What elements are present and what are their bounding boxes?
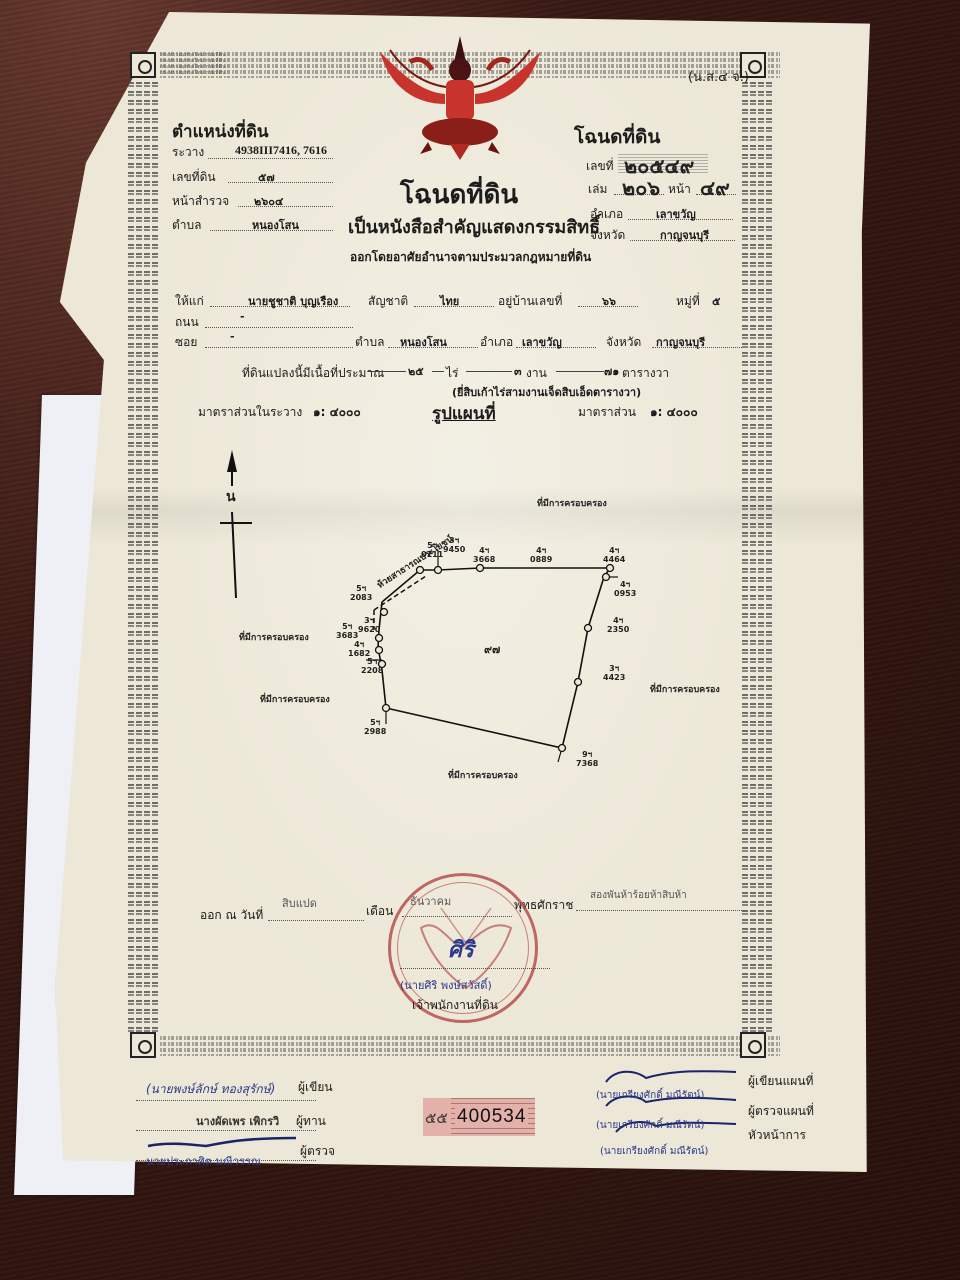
area-rai-value: ๒๕	[408, 362, 424, 380]
signatory-writer-name: (นายพงษ์ลักษ์ ทองสุรักษ์)	[146, 1080, 275, 1099]
house-no-value: ๖๖	[602, 292, 616, 310]
adjacent-land-east: ที่มีการครอบครอง	[650, 682, 720, 696]
adjacent-land-north: ที่มีการครอบครอง	[537, 496, 607, 510]
location-heading: ตำแหน่งที่ดิน	[172, 118, 269, 145]
marker-label: 4ฯ3668	[473, 546, 495, 564]
owner-subdistrict-value: หนองโสน	[400, 333, 447, 351]
dotted-line	[136, 1130, 316, 1131]
book-label: เล่ม	[588, 180, 607, 199]
page-value: ๔๙	[700, 172, 730, 204]
area-ngan-value: ๓	[514, 362, 522, 380]
deed-district-value: เลาขวัญ	[656, 205, 696, 223]
marker-label: 5ฯ2083	[350, 584, 372, 602]
map-writer-name: (นายเกรียงศักดิ์ มณีรัตน์)	[596, 1088, 704, 1103]
issued-year-value: สองพันห้าร้อยห้าสิบห้า	[590, 888, 687, 903]
land-officer-signature: ศิริ	[448, 932, 474, 967]
owner-name: นายชูชาติ บุญเรือง	[248, 292, 338, 310]
dotted-line	[268, 920, 364, 921]
dotted-line	[136, 1100, 316, 1101]
dash-line	[432, 371, 444, 372]
soi-value: -	[230, 330, 235, 343]
corner-ornament-bottom-left	[130, 1032, 156, 1058]
marker-label: 4ฯ0953	[614, 580, 636, 598]
owner-district-label: อำเภอ	[480, 333, 513, 352]
parcel-no-label: เลขที่ดิน	[172, 168, 216, 187]
dotted-line	[205, 327, 353, 328]
dash-line	[368, 371, 406, 372]
corner-ornament-bottom-right	[740, 1032, 766, 1058]
border-pattern-left	[128, 82, 158, 1032]
nationality-value: ไทย	[440, 292, 459, 310]
marker-label: 5ฯ2208	[361, 657, 383, 675]
form-code: (น.ส.๔ จ.)	[688, 66, 749, 87]
marker-label: 3ฯ4423	[603, 664, 625, 682]
marker-label: 4ฯ0889	[530, 546, 552, 564]
map-writer-role: ผู้เขียนแผนที่	[748, 1072, 813, 1091]
dash-line	[556, 371, 604, 372]
area-sqwa-value: ๗๑	[604, 362, 619, 380]
adjacent-land-west-lower: ที่มีการครอบครอง	[260, 692, 330, 706]
scale-label: มาตราส่วน	[578, 403, 636, 422]
marker-label: 4ฯ2350	[607, 616, 629, 634]
map-inspector-role: ผู้ตรวจแผนที่	[748, 1102, 814, 1121]
issued-by-authority: ออกโดยอาศัยอำนาจตามประมวลกฎหมายที่ดิน	[350, 248, 591, 267]
area-sqwa-unit: ตารางวา	[622, 364, 669, 383]
map-inspector-name: (นายเกรียงศักดิ์ มณีรัตน์)	[596, 1118, 704, 1133]
dotted-line	[205, 347, 353, 348]
north-label: น	[226, 486, 236, 508]
area-ngan-unit: งาน	[526, 364, 547, 383]
north-arrow-icon	[218, 448, 258, 608]
marker-label: 3ฯ9450	[443, 536, 465, 554]
area-rai-unit: ไร่	[446, 364, 458, 383]
chief-role: หัวหน้าการ	[748, 1126, 806, 1145]
signatory-inspector-role: ผู้ตรวจ	[300, 1142, 335, 1161]
marker-label: 9ฯ7368	[576, 750, 598, 768]
map-scale-value: ๑: ๔๐๐๐	[313, 403, 361, 422]
serial-prefix: ๕๕	[425, 1106, 451, 1130]
garuda-emblem-icon	[370, 32, 550, 162]
land-officer-name: (นายศิริ พงษ์สวัสดิ์)	[400, 976, 492, 994]
serial-number: 400534	[455, 1106, 528, 1128]
owner-province-value: กาญจนบุรี	[656, 333, 705, 351]
signatory-inspector-name: นายประกาศิต มณีวรรณ	[146, 1152, 261, 1170]
page-label: หน้า	[668, 180, 691, 199]
dotted-line	[228, 182, 333, 183]
marker-label: 5ฯ3683	[336, 622, 358, 640]
dotted-line	[238, 206, 333, 207]
signatory-writer-role: ผู้เขียน	[298, 1078, 333, 1097]
document-title: โฉนดที่ดิน	[400, 174, 518, 215]
issued-day-value: สิบแปด	[282, 894, 317, 912]
owner-subdistrict-label: ตำบล	[355, 333, 385, 352]
diagram-label: รูปแผนที่	[432, 400, 496, 427]
marker-label: 5ฯ2988	[364, 718, 386, 736]
signatory-reviewer-role: ผู้ทาน	[296, 1112, 326, 1131]
corner-ornament-top-left	[130, 52, 156, 78]
issued-date-label: ออก ณ วันที่	[200, 906, 263, 925]
owner-district-value: เลาขวัญ	[522, 333, 562, 351]
chief-name: (นายเกรียงศักดิ์ มณีรัตน์)	[600, 1144, 708, 1159]
land-officer-title: เจ้าพนักงานที่ดิน	[412, 996, 498, 1015]
marker-label: 5ฯ0111	[421, 541, 443, 559]
book-value: ๒๐๖	[622, 172, 660, 204]
deed-number-label: เลขที่	[586, 157, 614, 176]
adjacent-land-west-upper: ที่มีการครอบครอง	[239, 630, 309, 644]
deed-heading: โฉนดที่ดิน	[574, 122, 660, 152]
moo-value: ๕	[712, 292, 720, 310]
area-in-words: (ยี่สิบเก้าไร่สามงานเจ็ดสิบเอ็ดตารางวา)	[452, 383, 641, 401]
issued-month-label: เดือน	[366, 902, 393, 921]
soi-label: ซอย	[175, 333, 197, 352]
border-pattern-right	[742, 82, 772, 1032]
dotted-line	[576, 910, 746, 911]
dotted-line	[400, 968, 550, 969]
moo-label: หมู่ที่	[676, 292, 700, 311]
subdistrict-value: หนองโสน	[252, 216, 299, 234]
inspector-signature-icon	[146, 1132, 306, 1154]
deed-content: กระทรวงมหาดไทย กรมที่ดิน กระทรวงมหาดไทย …	[0, 0, 960, 1280]
area-label: ที่ดินแปลงนี้มีเนื้อที่ประมาณ	[242, 364, 384, 383]
marker-label: 3ฯ9620	[358, 616, 380, 634]
marker-label: 4ฯ4464	[603, 546, 625, 564]
parcel-no-value: ๕๗	[258, 168, 275, 186]
document-subtitle: เป็นหนังสือสำคัญแสดงกรรมสิทธิ์	[348, 212, 600, 241]
house-no-label: อยู่บ้านเลขที่	[498, 292, 562, 311]
road-value: -	[240, 310, 245, 323]
survey-page-value: ๒๖๐๔	[254, 192, 283, 210]
adjacent-land-south: ที่มีการครอบครอง	[448, 768, 518, 782]
signatory-reviewer-name: นางผัดเพร เพิกรวิ	[196, 1112, 279, 1130]
marker-label: 4ฯ1682	[348, 640, 370, 658]
parcel-number: ๙๗	[484, 640, 500, 658]
map-scale-label: มาตราส่วนในระวาง	[198, 403, 302, 422]
road-label: ถนน	[175, 313, 199, 332]
map-sheet-value: 4938III7416, 7616	[235, 143, 327, 158]
survey-page-label: หน้าสำรวจ	[172, 192, 229, 211]
dash-line	[466, 371, 512, 372]
dotted-line	[208, 158, 333, 159]
border-pattern-bottom	[160, 1036, 780, 1056]
map-sheet-label: ระวาง	[172, 143, 204, 162]
owner-to-label: ให้แก่	[175, 292, 204, 311]
owner-province-label: จังหวัด	[606, 333, 641, 352]
scale-value: ๑: ๔๐๐๐	[650, 403, 698, 422]
deed-province-value: กาญจนบุรี	[660, 226, 709, 244]
serial-number-box: ๕๕ 400534	[423, 1098, 535, 1136]
subdistrict-label: ตำบล	[172, 216, 202, 235]
nationality-label: สัญชาติ	[368, 292, 408, 311]
